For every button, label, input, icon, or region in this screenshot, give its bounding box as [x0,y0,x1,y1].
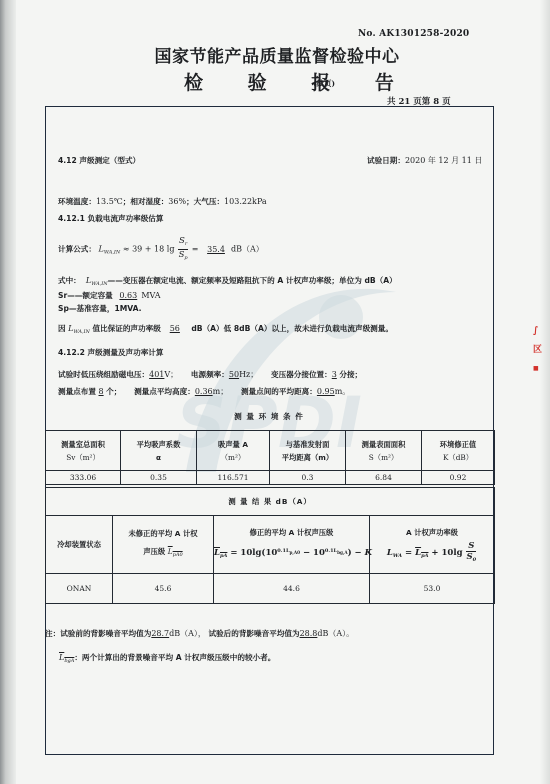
conclusion-text-end: dB（A）低 8dB（A）以上，故未进行负载电流声级测量。 [191,324,393,333]
definition-sr: Sr——额定容量 0.63MVA [58,290,161,301]
subsection-heading-text: 4.12.2 声级测量及声功率计算 [58,348,164,357]
cell-avg-distance: 0.3 [270,471,346,485]
definition-sp: Sp—基准容量，1MVA. [58,303,142,314]
header-total-area: 测量室总面积Sv（m²） [46,431,121,471]
stamp-fragment: ∫ [533,326,539,336]
formula-label: 计算公式： [58,245,96,254]
note-bg-definition: LbgA：两个计算出的背景噪音平均 A 计权声级压级中的较小者。 [59,652,275,664]
sr-unit: MVA [141,291,160,300]
results-title-row: 测 量 结 果 dB（A） [46,488,495,516]
avg-distance: 0.95 [317,387,335,396]
excitation-voltage: 401 [149,370,164,379]
point-count: 8 [99,387,104,396]
test-date-value: 2020 年 12 月 11 日 [405,156,482,165]
report-frame: SPDI 4.12 声级测定（型式） 试验日期：2020 年 12 月 11 日… [45,106,494,755]
note-background-noise: 注：试验前的背影噪音平均值为28.7dB（A）， 试验后的背影噪音平均值为28.… [45,628,354,639]
humidity-value: 36% [168,197,186,206]
bg-definition-text: ：两个计算出的背景噪音平均 A 计权声级压级中的较小者。 [74,653,275,662]
report-title: 检 验 报 告 [184,68,413,95]
formula-symbol-sub: WA,IN [104,250,120,256]
cell-total-area: 333.06 [46,471,121,485]
sp-text: Sp—基准容量，1MVA. [58,304,142,313]
capacity-ratio: Sr Sp [178,236,188,263]
definition-lwa: 式中： LWA,IN——变压器在额定电流、额定频率及短路阻抗下的 A 计权声功率… [58,275,397,287]
pressure-value: 103.22kPa [224,197,267,206]
test-date-label: 试验日期： [367,156,405,165]
header-absorption-amount: 吸声量 A（m²） [197,431,270,471]
env-table-header: 测量室总面积Sv（m²） 平均吸声系数α 吸声量 A（m²） 与基准发射面平均距… [46,431,495,471]
env-table-title: 测 量 环 境 条 件 [46,411,492,422]
cell-corrected: 44.6 [214,574,370,604]
results-table: 测 量 结 果 dB（A） 冷却装置状态 未修正的平均 A 计权 声压级 LpA… [45,487,495,604]
results-table-title: 测 量 结 果 dB（A） [46,488,495,516]
header-avg-distance: 与基准发射面平均距离（m） [270,431,346,471]
power-formula: LWA = LpA + 10lg SS0 [387,548,477,558]
cell-absorption-coef: 0.35 [121,471,197,485]
cell-power-level: 53.0 [370,574,495,604]
formula-expression: ≈ 39 + 18 lg [123,245,175,254]
section-heading: 4.12 声级测定（型式） [58,155,140,166]
equals-sign: = [192,245,199,254]
stamp-fragment: 区 [533,342,542,355]
avg-height: 0.36 [195,387,213,396]
subsection-heading-4-12-1: 4.12.1 负载电流声功率级估算 [58,213,164,224]
continuation-label: (续页) [313,78,335,89]
header-cooling: 冷却装置状态 [46,516,113,574]
cell-cooling: ONAN [46,574,113,604]
where-definition: ——变压器在额定电流、额定频率及短路阻抗下的 A 计权声功率级；单位为 dB（A… [108,276,397,285]
results-row: ONAN 45.6 44.6 53.0 [46,574,495,604]
header-surface-area: 测量表面面积S（m²） [346,431,422,471]
env-table-row: 333.06 0.35 116.571 0.3 6.84 0.92 [46,471,495,485]
environment-table: 测量室总面积Sv（m²） 平均吸声系数α 吸声量 A（m²） 与基准发射面平均距… [45,430,495,485]
stamp-fragment: ■ [533,365,539,372]
header-uncorrected: 未修正的平均 A 计权 声压级 LpA0 [113,516,214,574]
pressure-label: 大气压： [194,197,224,206]
where-label: 式中： [58,276,81,285]
cell-uncorrected: 45.6 [113,574,214,604]
organization-title: 国家节能产品质量监督检验中心 [0,42,550,67]
results-header: 冷却装置状态 未修正的平均 A 计权 声压级 LpA0 修正的平均 A 计权声压… [46,516,495,574]
cell-surface-area: 6.84 [346,471,422,485]
calculated-result: 35.4 [201,239,231,261]
conclusion-line: 因 LWA,IN 值比保证的声功率级56 dB（A）低 8dB（A）以上，故未进… [58,323,393,335]
humidity-label: 相对湿度： [130,197,168,206]
temp-label: 环境温度： [58,197,96,206]
report-number: No. AK1301258-2020 [358,29,469,39]
conclusion-text: 值比保证的声功率级 [92,324,160,333]
page-edge-shadow-right [540,0,550,784]
corrected-formula: LpA = 10lg(100.1Lp,A0 − 100.1Lbg,A) − K [214,548,372,558]
tap-position: 3 [332,370,337,379]
guaranteed-level: 56 [161,324,189,333]
header-power-level: A 计权声功率级 LWA = LpA + 10lg SS0 [370,516,495,574]
pre-test-noise: 28.7 [151,629,169,638]
subsection-heading-text: 4.12.1 负载电流声功率级估算 [58,214,164,223]
temp-value: 13.5℃ [96,197,123,206]
page-edge-shadow [0,0,16,784]
header-corrected: 修正的平均 A 计权声压级 LpA = 10lg(100.1Lp,A0 − 10… [214,516,370,574]
result-unit: dB（A） [231,245,264,254]
formula-line: 计算公式： LWA,IN ≈ 39 + 18 lg Sr Sp = 35.4dB… [58,236,264,264]
sr-value: 0.63 [115,291,141,300]
test-date: 试验日期：2020 年 12 月 11 日 [367,155,482,166]
subsection-heading-4-12-2: 4.12.2 声级测量及声功率计算 [58,347,164,358]
section-heading-text: 4.12 声级测定（型式） [58,156,140,165]
cell-absorption-amount: 116.571 [197,471,270,485]
supply-frequency: 50 [229,370,239,379]
cell-env-correction: 0.92 [422,471,495,485]
post-test-noise: 28.8 [300,629,318,638]
measurement-points-line: 测量点布置 8 个； 测量点平均高度：0.36m； 测量点间的平均距离：0.95… [58,386,350,397]
header-absorption-coef: 平均吸声系数α [121,431,197,471]
sr-label: Sr——额定容量 [58,291,113,300]
header-env-correction: 环境修正值K（dB） [422,431,495,471]
environment-line: 环境温度：13.5℃；相对湿度：36%；大气压：103.22kPa [58,196,267,207]
test-conditions-line: 试验时低压绕组励磁电压：401V； 电源频率：50Hz； 变压器分接位置：3 分… [58,369,362,380]
